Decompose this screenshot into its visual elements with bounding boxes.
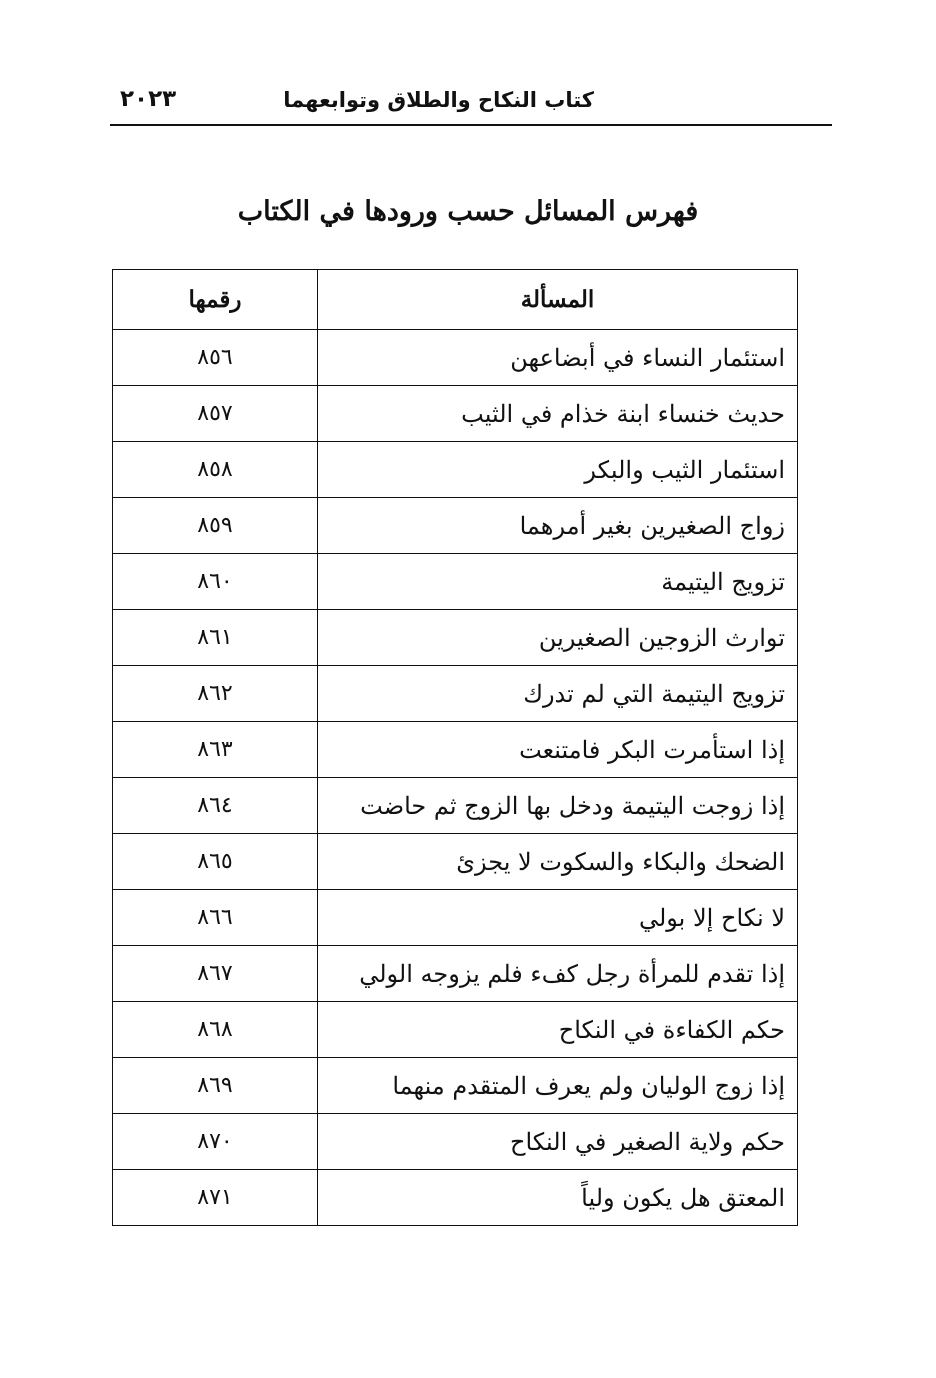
table-row: توارث الزوجين الصغيرين٨٦١ bbox=[113, 610, 798, 666]
number-cell: ٨٦٢ bbox=[113, 666, 318, 722]
issue-cell: الضحك والبكاء والسكوت لا يجزئ bbox=[318, 834, 798, 890]
issue-cell: حديث خنساء ابنة خذام في الثيب bbox=[318, 386, 798, 442]
number-cell: ٨٥٨ bbox=[113, 442, 318, 498]
issue-cell: حكم الكفاءة في النكاح bbox=[318, 1002, 798, 1058]
table-header-row: المسألة رقمها bbox=[113, 270, 798, 330]
table-row: حكم الكفاءة في النكاح٨٦٨ bbox=[113, 1002, 798, 1058]
table-row: استئمار الثيب والبكر٨٥٨ bbox=[113, 442, 798, 498]
table-row: إذا زوج الوليان ولم يعرف المتقدم منهما٨٦… bbox=[113, 1058, 798, 1114]
table-row: إذا استأمرت البكر فامتنعت٨٦٣ bbox=[113, 722, 798, 778]
issue-cell: حكم ولاية الصغير في النكاح bbox=[318, 1114, 798, 1170]
issue-cell: إذا زوج الوليان ولم يعرف المتقدم منهما bbox=[318, 1058, 798, 1114]
table-row: حكم ولاية الصغير في النكاح٨٧٠ bbox=[113, 1114, 798, 1170]
header-divider bbox=[110, 124, 832, 126]
number-cell: ٨٦٨ bbox=[113, 1002, 318, 1058]
issue-cell: تزويج اليتيمة التي لم تدرك bbox=[318, 666, 798, 722]
number-cell: ٨٦١ bbox=[113, 610, 318, 666]
table-row: استئمار النساء في أبضاعهن٨٥٦ bbox=[113, 330, 798, 386]
table-row: الضحك والبكاء والسكوت لا يجزئ٨٦٥ bbox=[113, 834, 798, 890]
number-cell: ٨٧٠ bbox=[113, 1114, 318, 1170]
table-row: تزويج اليتيمة التي لم تدرك٨٦٢ bbox=[113, 666, 798, 722]
issue-cell: إذا زوجت اليتيمة ودخل بها الزوج ثم حاضت bbox=[318, 778, 798, 834]
number-cell: ٨٦٩ bbox=[113, 1058, 318, 1114]
number-cell: ٨٥٩ bbox=[113, 498, 318, 554]
column-header-number: رقمها bbox=[113, 270, 318, 330]
table-row: زواج الصغيرين بغير أمرهما٨٥٩ bbox=[113, 498, 798, 554]
column-header-issue: المسألة bbox=[318, 270, 798, 330]
running-header: كتاب النكاح والطلاق وتوابعهما ٢٠٢٣ bbox=[112, 86, 832, 120]
table-row: حديث خنساء ابنة خذام في الثيب٨٥٧ bbox=[113, 386, 798, 442]
issue-cell: إذا استأمرت البكر فامتنعت bbox=[318, 722, 798, 778]
number-cell: ٨٦٠ bbox=[113, 554, 318, 610]
index-table: المسألة رقمها استئمار النساء في أبضاعهن٨… bbox=[112, 269, 798, 1226]
table-row: المعتق هل يكون ولياً٨٧١ bbox=[113, 1170, 798, 1226]
page-number: ٢٠٢٣ bbox=[120, 86, 176, 112]
table-row: تزويج اليتيمة٨٦٠ bbox=[113, 554, 798, 610]
issue-cell: زواج الصغيرين بغير أمرهما bbox=[318, 498, 798, 554]
number-cell: ٨٦٣ bbox=[113, 722, 318, 778]
issue-cell: إذا تقدم للمرأة رجل كفء فلم يزوجه الولي bbox=[318, 946, 798, 1002]
issue-cell: لا نكاح إلا بولي bbox=[318, 890, 798, 946]
number-cell: ٨٥٧ bbox=[113, 386, 318, 442]
issue-cell: استئمار النساء في أبضاعهن bbox=[318, 330, 798, 386]
number-cell: ٨٦٤ bbox=[113, 778, 318, 834]
table-row: لا نكاح إلا بولي٨٦٦ bbox=[113, 890, 798, 946]
index-title: فهرس المسائل حسب ورودها في الكتاب bbox=[0, 196, 936, 227]
issue-cell: المعتق هل يكون ولياً bbox=[318, 1170, 798, 1226]
number-cell: ٨٦٧ bbox=[113, 946, 318, 1002]
number-cell: ٨٦٥ bbox=[113, 834, 318, 890]
issue-cell: توارث الزوجين الصغيرين bbox=[318, 610, 798, 666]
number-cell: ٨٥٦ bbox=[113, 330, 318, 386]
issue-cell: تزويج اليتيمة bbox=[318, 554, 798, 610]
running-title: كتاب النكاح والطلاق وتوابعهما bbox=[283, 88, 594, 112]
issue-cell: استئمار الثيب والبكر bbox=[318, 442, 798, 498]
table-row: إذا زوجت اليتيمة ودخل بها الزوج ثم حاضت٨… bbox=[113, 778, 798, 834]
number-cell: ٨٦٦ bbox=[113, 890, 318, 946]
number-cell: ٨٧١ bbox=[113, 1170, 318, 1226]
table-row: إذا تقدم للمرأة رجل كفء فلم يزوجه الولي٨… bbox=[113, 946, 798, 1002]
